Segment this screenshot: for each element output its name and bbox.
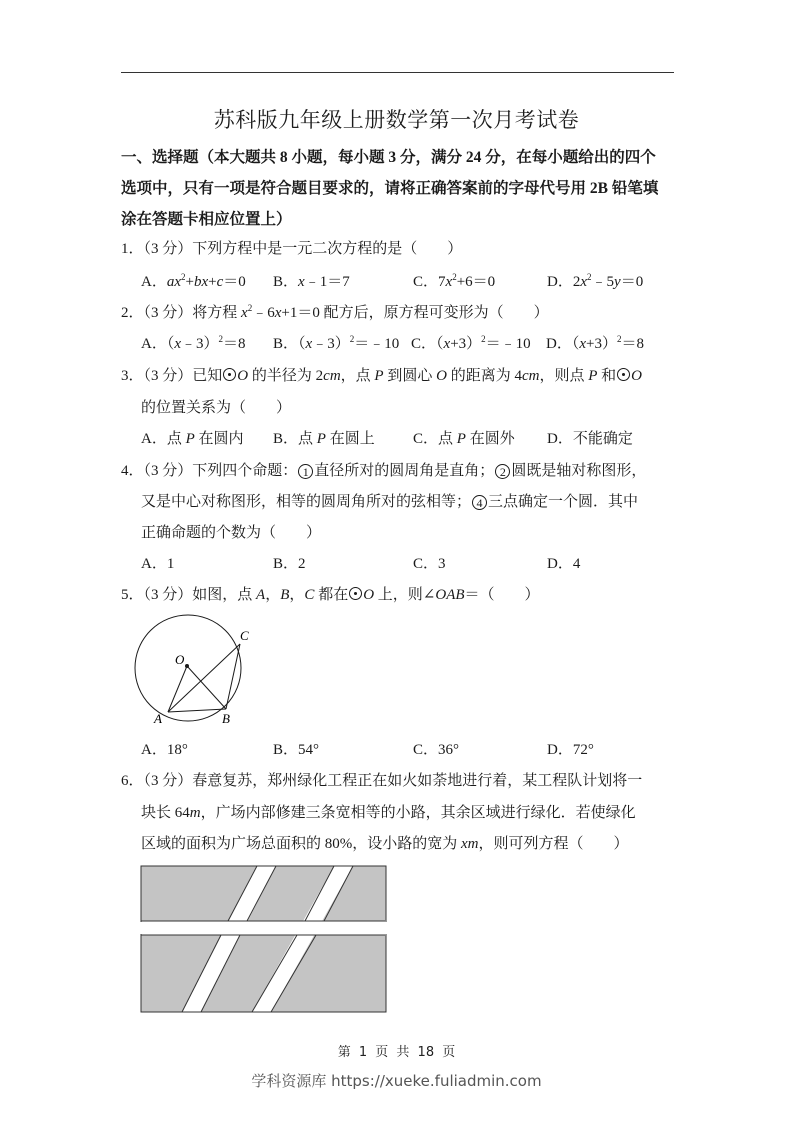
q3-option-b[interactable]: B．点 P 在圆上 (273, 427, 375, 448)
question-number: 4． (121, 463, 144, 479)
question-4-stem: 4．（3 分）下列四个命题：1直径所对的圆周角是直角；2圆既是轴对称图形， (121, 459, 646, 480)
circle-dot-icon (349, 587, 362, 600)
question-4-stem-cont: 又是中心对称图形，相等的圆周角所对的弦相等；4三点确定一个圆．其中 (141, 490, 638, 511)
section-heading-line: 选项中，只有一项是符合题目要求的，请将正确答案前的字母代号用 2B 铅笔填 (121, 173, 681, 204)
park-path-figure (140, 865, 388, 1015)
label-c: C (240, 628, 249, 643)
page-number: 第 1 页 共 18 页 (0, 1041, 793, 1060)
question-2-stem: 2．（3 分）将方程 x2﹣6x+1＝0 配方后，原方程可变形为（ ） (121, 301, 549, 322)
watermark-link[interactable]: 学科资源库 https://xueke.fuliadmin.com (0, 1070, 793, 1091)
question-score: （3 分） (144, 305, 193, 321)
section-heading: 一、选择题（本大题共 8 小题，每小题 3 分，满分 24 分，在每小题给出的四… (121, 142, 681, 235)
document-title: 苏科版九年级上册数学第一次月考试卷 (0, 104, 793, 134)
circled-number: 1 (298, 464, 313, 479)
q2-option-a[interactable]: A．（x﹣3）2＝8 (141, 332, 246, 353)
q4-option-d[interactable]: D．4 (547, 552, 580, 573)
label-a: A (153, 711, 162, 726)
question-score: （3 分） (144, 241, 193, 257)
circled-number: 4 (472, 495, 487, 510)
question-text: 下列方程中是一元二次方程的是（ ） (192, 241, 462, 257)
question-3-stem: 3．（3 分）已知O 的半径为 2cm，点 P 到圆心 O 的距离为 4cm，则… (121, 364, 642, 385)
q2-option-b[interactable]: B．（x﹣3）2＝﹣10 (273, 332, 399, 353)
question-6-stem-cont: 块长 64m，广场内部修建三条宽相等的小路，其余区域进行绿化．若使绿化 (141, 801, 636, 822)
question-1-stem: 1．（3 分）下列方程中是一元二次方程的是（ ） (121, 237, 462, 258)
section-heading-line: 一、选择题（本大题共 8 小题，每小题 3 分，满分 24 分，在每小题给出的四… (121, 142, 681, 173)
question-3-stem-cont: 的位置关系为（ ） (141, 396, 291, 417)
q1-option-d[interactable]: D．2x2﹣5y＝0 (547, 270, 643, 291)
question-5-stem: 5．（3 分）如图，点 A，B，C 都在O 上，则∠OAB＝（ ） (121, 583, 540, 604)
q1-option-a[interactable]: A．ax2+bx+c＝0 (141, 270, 246, 291)
q5-option-a[interactable]: A．18° (141, 738, 188, 759)
question-6-stem-cont: 区域的面积为广场总面积的 80%，设小路的宽为 xm，则可列方程（ ） (141, 832, 629, 853)
question-number: 6． (121, 773, 144, 789)
circled-number: 2 (495, 464, 510, 479)
circle-dot-icon (223, 368, 236, 381)
question-text: 三点确定一个圆．其中 (488, 494, 638, 510)
question-text: 春意复苏，郑州绿化工程正在如火如荼地进行着，某工程队计划将一 (192, 773, 642, 789)
question-number: 1． (121, 241, 144, 257)
label-b: B (222, 711, 230, 726)
question-text: 直径所对的圆周角是直角； (314, 463, 494, 479)
section-heading-line: 涂在答题卡相应位置上） (121, 204, 681, 235)
q1-option-b[interactable]: B．x﹣1＝7 (273, 270, 350, 291)
question-number: 5． (121, 587, 144, 603)
q3-option-c[interactable]: C．点 P 在圆外 (413, 427, 515, 448)
q4-option-c[interactable]: C．3 (413, 552, 446, 573)
q2-option-c[interactable]: C．（x+3）2＝﹣10 (411, 332, 531, 353)
question-text: 圆既是轴对称图形， (511, 463, 646, 479)
q4-option-a[interactable]: A．1 (141, 552, 174, 573)
q4-option-b[interactable]: B．2 (273, 552, 306, 573)
q3-option-a[interactable]: A．点 P 在圆内 (141, 427, 244, 448)
q2-option-d[interactable]: D．（x+3）2＝8 (546, 332, 644, 353)
header-rule (121, 72, 674, 73)
question-score: （3 分） (144, 463, 193, 479)
question-score: （3 分） (144, 368, 193, 384)
question-4-stem-cont: 正确命题的个数为（ ） (141, 521, 321, 542)
question-6-stem: 6．（3 分）春意复苏，郑州绿化工程正在如火如荼地进行着，某工程队计划将一 (121, 769, 642, 790)
question-score: （3 分） (144, 773, 193, 789)
question-score: （3 分） (144, 587, 193, 603)
q5-option-b[interactable]: B．54° (273, 738, 319, 759)
q5-option-c[interactable]: C．36° (413, 738, 459, 759)
circle-dot-icon (617, 368, 630, 381)
q1-option-c[interactable]: C．7x2+6＝0 (413, 270, 495, 291)
question-number: 3． (121, 368, 144, 384)
circle-figure: O A B C (130, 612, 265, 727)
question-number: 2． (121, 305, 144, 321)
q3-option-d[interactable]: D．不能确定 (547, 427, 633, 448)
label-o: O (175, 652, 185, 667)
question-text: 又是中心对称图形，相等的圆周角所对的弦相等； (141, 494, 471, 510)
q5-option-d[interactable]: D．72° (547, 738, 594, 759)
